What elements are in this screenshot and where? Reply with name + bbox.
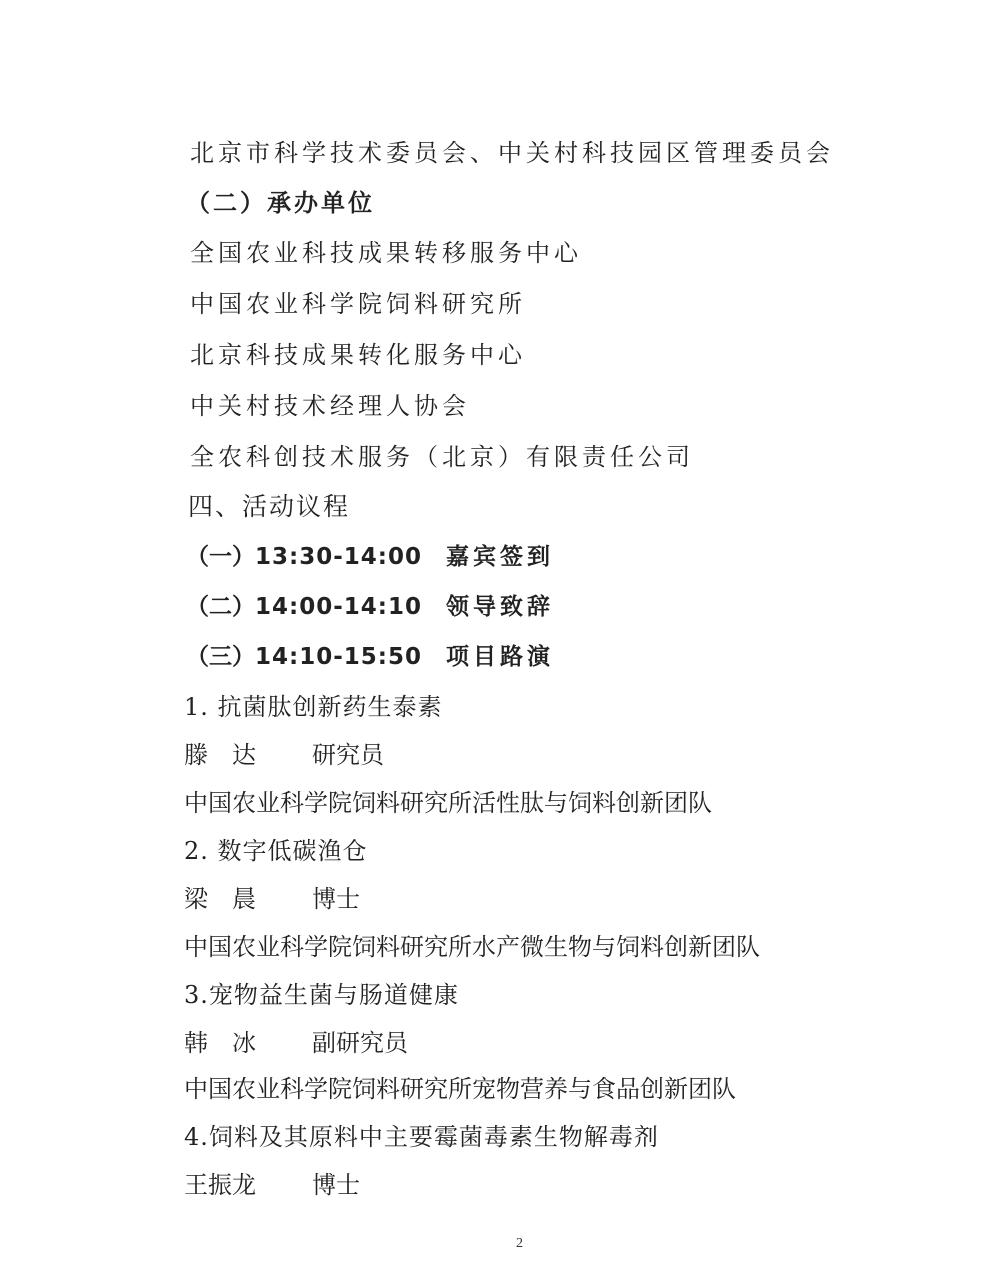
page-number: 2 <box>516 1236 523 1252</box>
project-title: 3.宠物益生菌与肠道健康 <box>184 980 459 1010</box>
co-organizer-heading: （二）承办单位 <box>186 188 375 218</box>
agenda-time: 13:30-14:00 <box>255 544 422 570</box>
agenda-item: （三）14:10-15:50项目路演 <box>186 642 554 672</box>
co-organizer-item: 全农科创技术服务（北京）有限责任公司 <box>190 442 694 472</box>
project-team: 中国农业科学院饲料研究所活性肽与饲料创新团队 <box>184 788 712 818</box>
project-presenter: 梁 晨博士 <box>184 884 360 914</box>
co-organizer-item: 中关村技术经理人协会 <box>190 391 470 421</box>
project-presenter: 韩 冰副研究员 <box>184 1028 408 1058</box>
agenda-item: （二）14:00-14:10领导致辞 <box>186 592 554 622</box>
presenter-name: 梁 晨 <box>184 884 312 914</box>
presenter-role: 博士 <box>312 1171 360 1199</box>
agenda-title: 嘉宾签到 <box>446 544 554 570</box>
project-presenter: 王振龙博士 <box>184 1170 360 1200</box>
agenda-title: 项目路演 <box>446 644 554 670</box>
presenter-name: 王振龙 <box>184 1170 312 1200</box>
project-title: 2. 数字低碳渔仓 <box>184 836 368 866</box>
presenter-name: 滕 达 <box>184 740 312 770</box>
presenter-name: 韩 冰 <box>184 1028 312 1058</box>
agenda-heading: 四、活动议程 <box>188 492 350 522</box>
project-presenter: 滕 达研究员 <box>184 740 384 770</box>
agenda-time: 14:00-14:10 <box>255 594 422 620</box>
project-title: 4.饲料及其原料中主要霉菌毒素生物解毒剂 <box>184 1122 659 1152</box>
agenda-num: （一） <box>186 544 255 570</box>
project-title: 1. 抗菌肽创新药生泰素 <box>184 692 443 722</box>
organizer-line: 北京市科学技术委员会、中关村科技园区管理委员会 <box>190 138 834 168</box>
agenda-item: （一）13:30-14:00嘉宾签到 <box>186 542 554 572</box>
co-organizer-item: 北京科技成果转化服务中心 <box>190 340 526 370</box>
presenter-role: 博士 <box>312 885 360 913</box>
presenter-role: 副研究员 <box>312 1029 408 1057</box>
agenda-time: 14:10-15:50 <box>255 644 422 670</box>
co-organizer-item: 全国农业科技成果转移服务中心 <box>190 238 582 268</box>
presenter-role: 研究员 <box>312 741 384 769</box>
co-organizer-item: 中国农业科学院饲料研究所 <box>190 289 526 319</box>
agenda-num: （三） <box>186 644 255 670</box>
project-team: 中国农业科学院饲料研究所水产微生物与饲料创新团队 <box>184 932 760 962</box>
agenda-title: 领导致辞 <box>446 594 554 620</box>
project-team: 中国农业科学院饲料研究所宠物营养与食品创新团队 <box>184 1074 736 1104</box>
agenda-num: （二） <box>186 594 255 620</box>
